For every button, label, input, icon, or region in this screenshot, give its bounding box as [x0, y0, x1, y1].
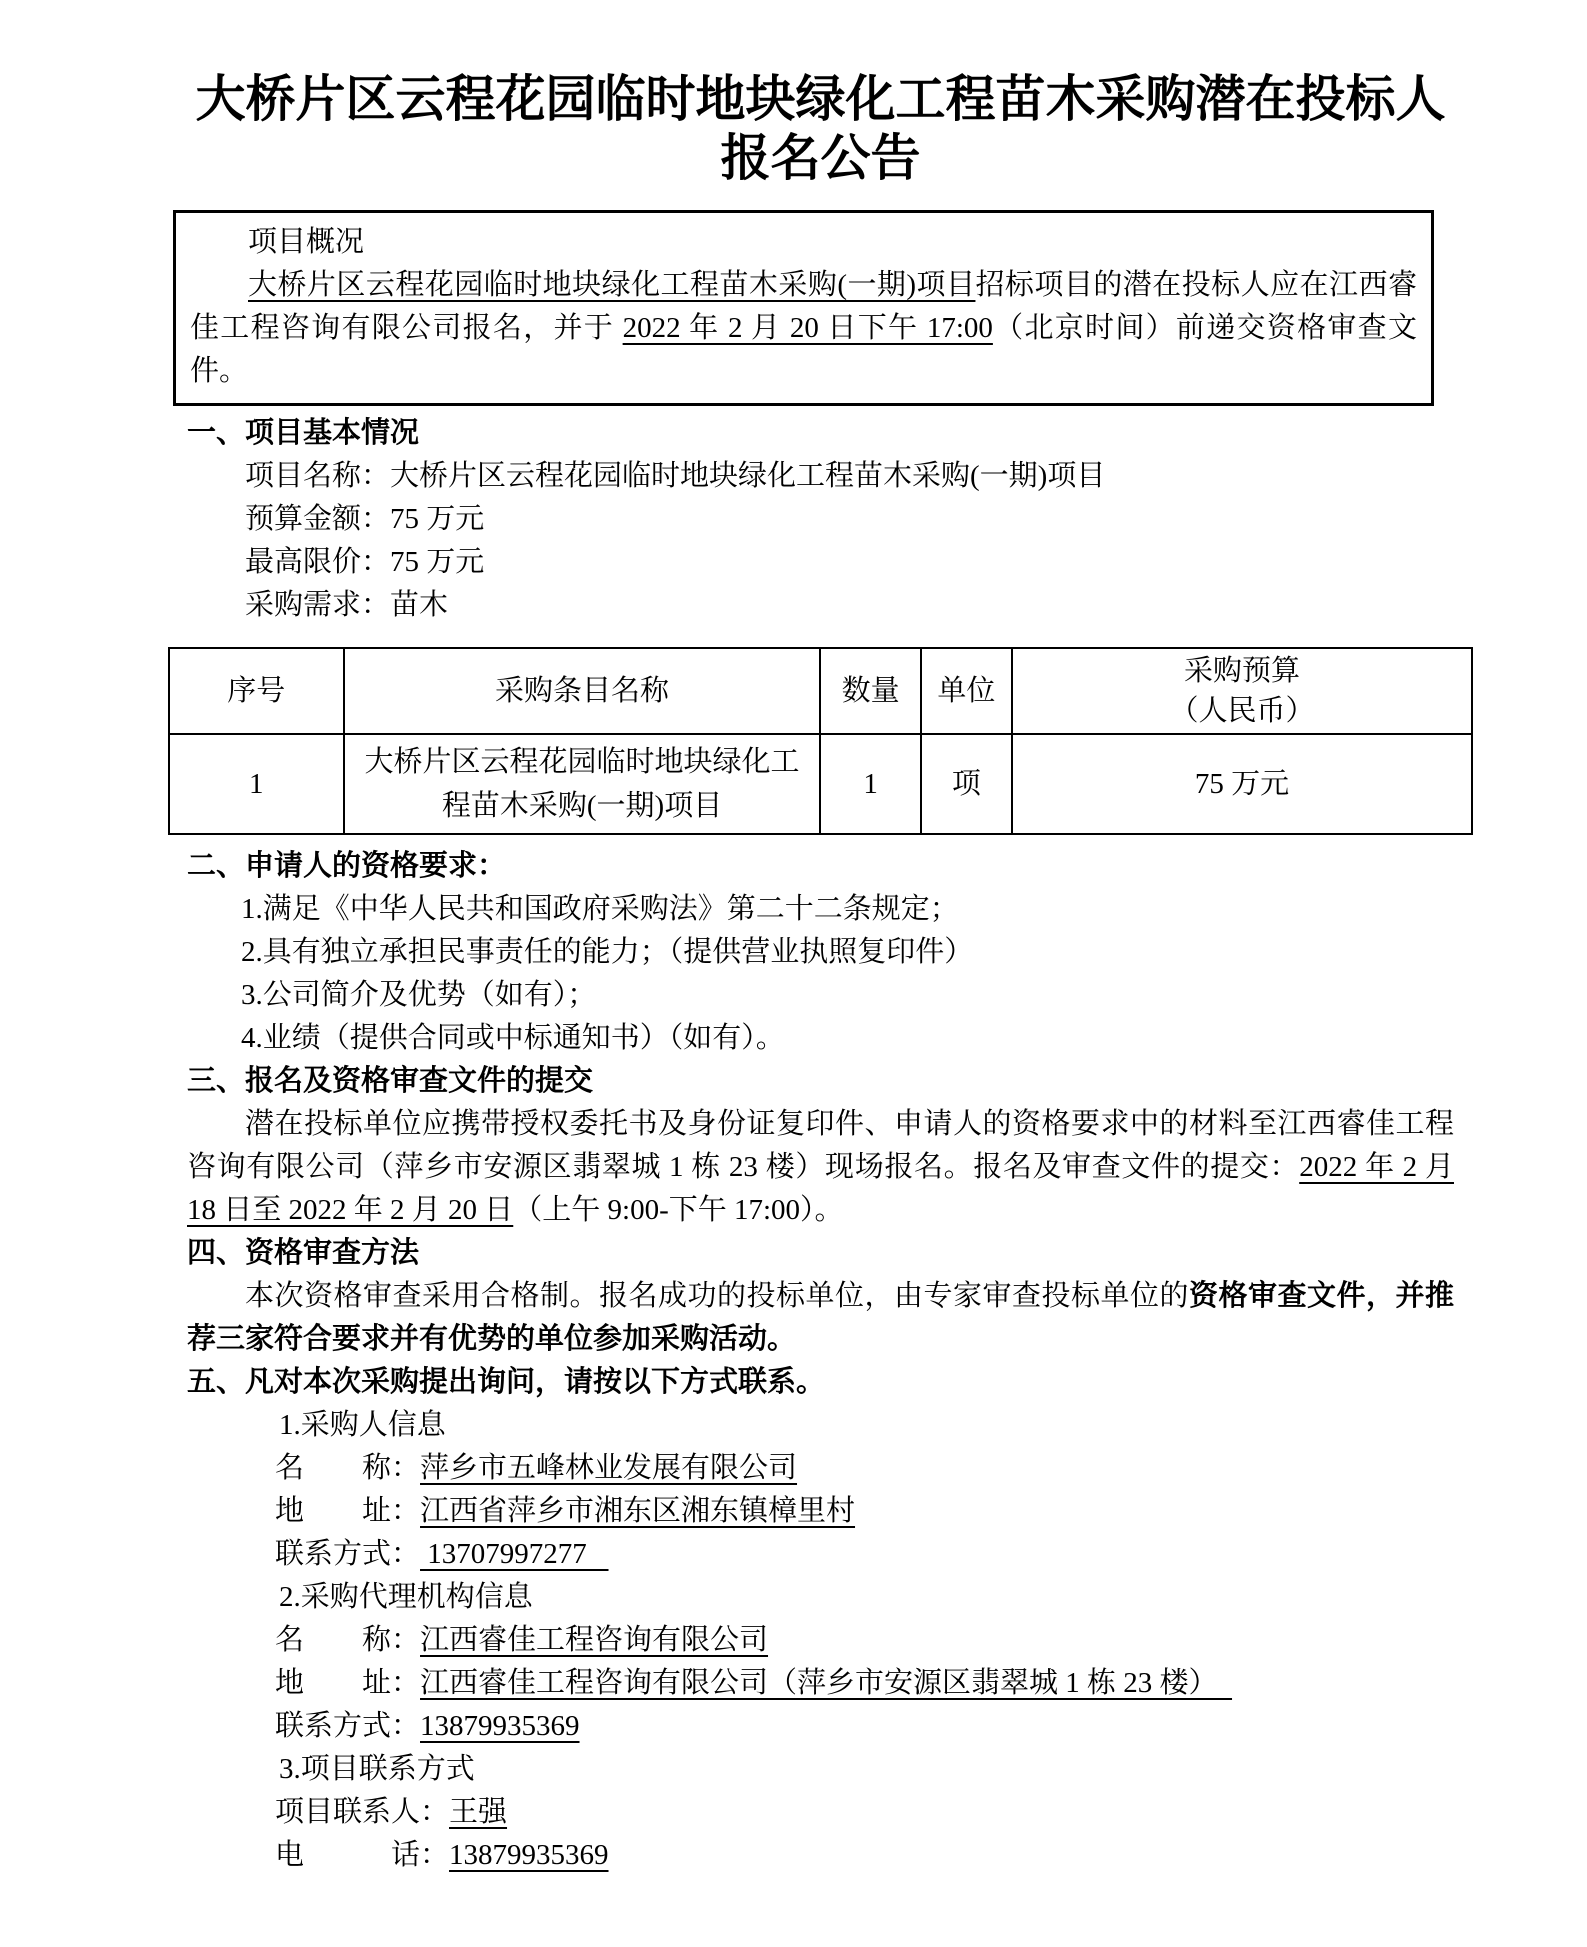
agency-name-value: 江西睿佳工程咨询有限公司 — [420, 1624, 768, 1656]
project-phone-value: 13879935369 — [449, 1839, 609, 1871]
overview-paragraph: 大桥片区云程花园临时地块绿化工程苗木采购(一期)项目招标项目的潜在投标人应在江西… — [190, 264, 1417, 393]
qualification-item: 1.满足《中华人民共和国政府采购法》第二十二条规定； — [187, 888, 1454, 931]
table-header-row: 序号 采购条目名称 数量 单位 采购预算 （人民币） — [169, 648, 1472, 734]
agency-contact-value: 13879935369 — [420, 1710, 580, 1742]
section-4-heading: 四、资格审查方法 — [187, 1232, 1454, 1275]
col-header-item-name: 采购条目名称 — [344, 648, 821, 734]
project-overview-box: 项目概况 大桥片区云程花园临时地块绿化工程苗木采购(一期)项目招标项目的潜在投标… — [173, 210, 1434, 406]
submission-hours-text: （上午 9:00-下午 17:00）。 — [513, 1194, 843, 1226]
field-label: 名 称： — [275, 1624, 420, 1656]
col-header-budget: 采购预算 （人民币） — [1012, 648, 1472, 734]
section-3-paragraph: 潜在投标单位应携带授权委托书及身份证复印件、申请人的资格要求中的材料至江西睿佳工… — [187, 1103, 1454, 1232]
price-limit-line: 最高限价：75 万元 — [187, 541, 1454, 584]
agency-address-field: 地 址：江西睿佳工程咨询有限公司（萍乡市安源区翡翠城 1 栋 23 楼） — [187, 1662, 1454, 1705]
field-label: 联系方式： — [275, 1538, 420, 1570]
buyer-contact-value: 13707997277 — [420, 1538, 609, 1570]
agency-name-field: 名 称：江西睿佳工程咨询有限公司 — [187, 1619, 1454, 1662]
project-phone-field: 电 话：13879935369 — [187, 1834, 1454, 1877]
procurement-items-table: 序号 采购条目名称 数量 单位 采购预算 （人民币） 1 大桥片区云程花园临时地… — [168, 647, 1473, 835]
buyer-info-group-title: 1.采购人信息 — [187, 1404, 1454, 1447]
overview-deadline-underlined: 2022 年 2 月 20 日下午 17:00 — [623, 312, 993, 344]
title-line-1: 大桥片区云程花园临时地块绿化工程苗木采购潜在投标人 — [137, 70, 1504, 129]
project-name-line: 项目名称：大桥片区云程花园临时地块绿化工程苗木采购(一期)项目 — [187, 455, 1454, 498]
announcement-document-page: 大桥片区云程花园临时地块绿化工程苗木采购潜在投标人 报名公告 项目概况 大桥片区… — [0, 0, 1587, 1947]
budget-amount-line: 预算金额：75 万元 — [187, 498, 1454, 541]
review-method-text: 本次资格审查采用合格制。报名成功的投标单位，由专家审查投标单位的 — [245, 1280, 1189, 1312]
project-contact-person-field: 项目联系人：王强 — [187, 1791, 1454, 1834]
section-3-heading: 三、报名及资格审查文件的提交 — [187, 1060, 1454, 1103]
field-label: 联系方式： — [275, 1710, 420, 1742]
section-5-heading: 五、凡对本次采购提出询问，请按以下方式联系。 — [187, 1361, 1454, 1404]
title-line-2: 报名公告 — [137, 129, 1504, 188]
qualification-item: 3.公司简介及优势（如有）； — [187, 974, 1454, 1017]
buyer-name-value: 萍乡市五峰林业发展有限公司 — [420, 1452, 797, 1484]
field-label: 名 称： — [275, 1452, 420, 1484]
procurement-demand-line: 采购需求：苗木 — [187, 584, 1454, 627]
overview-project-name-underlined: 大桥片区云程花园临时地块绿化工程苗木采购(一期)项目 — [248, 269, 975, 301]
cell-item-name: 大桥片区云程花园临时地块绿化工程苗木采购(一期)项目 — [344, 734, 821, 834]
section-1-heading: 一、项目基本情况 — [187, 412, 1454, 455]
field-label: 项目联系人： — [275, 1796, 449, 1828]
project-contact-person-value: 王强 — [449, 1796, 507, 1828]
buyer-contact-field: 联系方式： 13707997277 — [187, 1533, 1454, 1576]
qualification-item: 2.具有独立承担民事责任的能力；（提供营业执照复印件） — [187, 931, 1454, 974]
col-header-index: 序号 — [169, 648, 344, 734]
buyer-address-field: 地 址：江西省萍乡市湘东区湘东镇樟里村 — [187, 1490, 1454, 1533]
agency-info-group-title: 2.采购代理机构信息 — [187, 1576, 1454, 1619]
col-header-quantity: 数量 — [820, 648, 920, 734]
overview-heading: 项目概况 — [190, 221, 1417, 264]
cell-index: 1 — [169, 734, 344, 834]
submission-text: 潜在投标单位应携带授权委托书及身份证复印件、申请人的资格要求中的材料至江西睿佳工… — [187, 1108, 1454, 1183]
agency-contact-field: 联系方式：13879935369 — [187, 1705, 1454, 1748]
section-4-paragraph: 本次资格审查采用合格制。报名成功的投标单位，由专家审查投标单位的资格审查文件，并… — [187, 1275, 1454, 1361]
buyer-name-field: 名 称：萍乡市五峰林业发展有限公司 — [187, 1447, 1454, 1490]
qualification-item: 4.业绩（提供合同或中标通知书）（如有）。 — [187, 1017, 1454, 1060]
col-header-unit: 单位 — [921, 648, 1012, 734]
cell-budget: 75 万元 — [1012, 734, 1472, 834]
cell-unit: 项 — [921, 734, 1012, 834]
agency-address-value: 江西睿佳工程咨询有限公司（萍乡市安源区翡翠城 1 栋 23 楼） — [420, 1667, 1232, 1699]
project-contact-group-title: 3.项目联系方式 — [187, 1748, 1454, 1791]
field-label: 地 址： — [275, 1495, 420, 1527]
table-row: 1 大桥片区云程花园临时地块绿化工程苗木采购(一期)项目 1 项 75 万元 — [169, 734, 1472, 834]
buyer-address-value: 江西省萍乡市湘东区湘东镇樟里村 — [420, 1495, 855, 1527]
field-label: 地 址： — [275, 1667, 420, 1699]
cell-quantity: 1 — [820, 734, 920, 834]
field-label: 电 话： — [275, 1839, 449, 1871]
section-2-heading: 二、申请人的资格要求： — [187, 845, 1454, 888]
page-title: 大桥片区云程花园临时地块绿化工程苗木采购潜在投标人 报名公告 — [137, 70, 1504, 188]
